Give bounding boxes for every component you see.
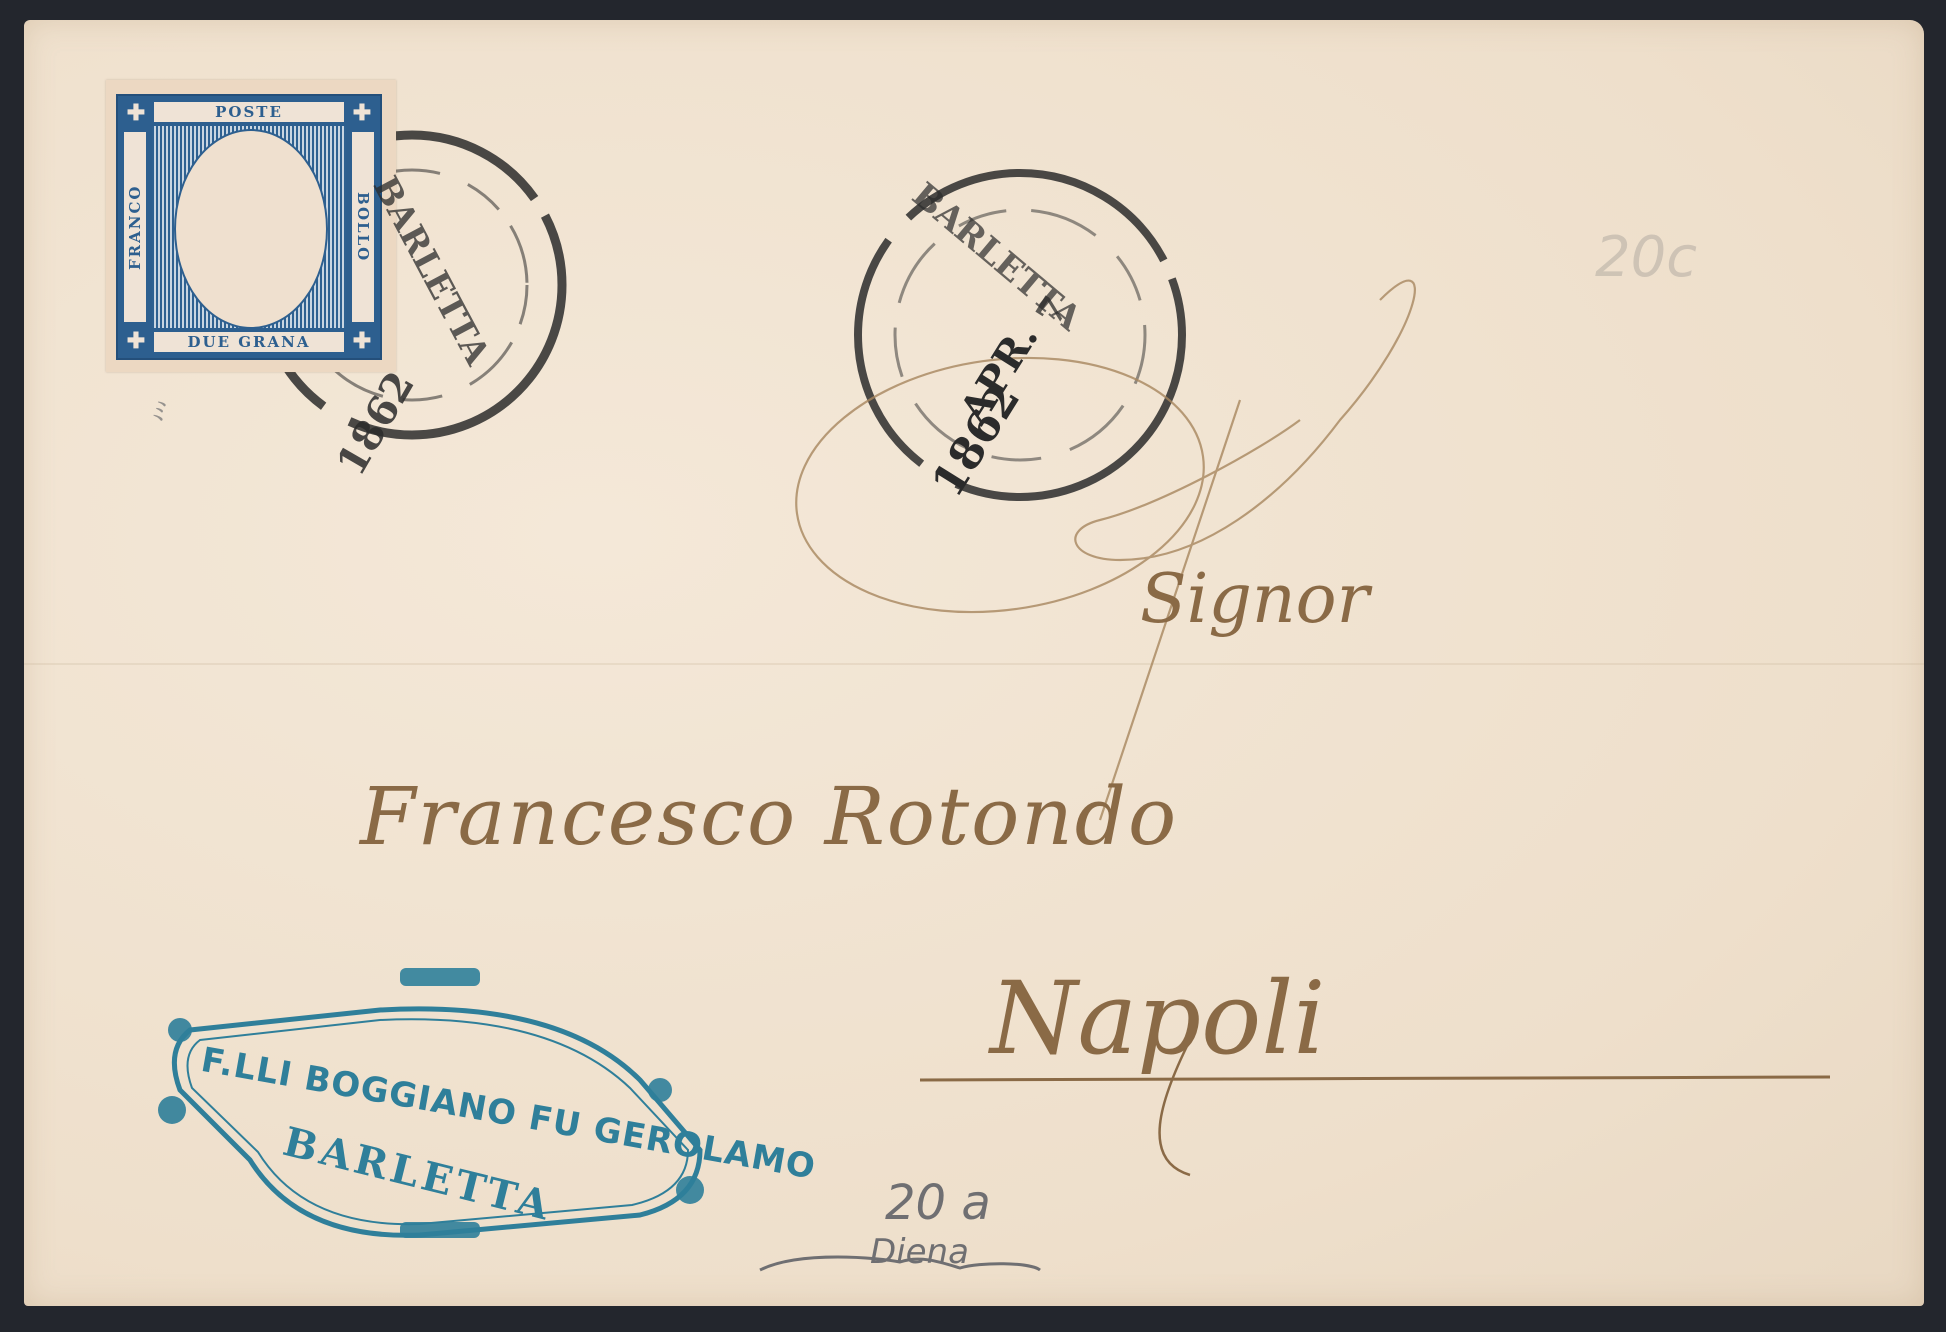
cross-icon: ✚	[350, 329, 374, 353]
address-name: Francesco Rotondo	[360, 770, 1178, 863]
stamp-label-bottom: DUE GRANA	[154, 332, 344, 352]
napoli-underline	[920, 1077, 1830, 1080]
stamp-label-top: POSTE	[154, 102, 344, 122]
pencil-mark-under-stamp: ﾐ	[150, 390, 164, 430]
stamp-label-left: FRANCO	[124, 132, 146, 322]
address-flourish	[780, 281, 1415, 820]
address-salutation: Signor	[1140, 560, 1369, 639]
cross-icon: ✚	[124, 329, 148, 353]
stamp-label-right: BOLLO	[352, 132, 374, 322]
pencil-signature: Diena	[870, 1232, 969, 1272]
address-city: Napoli	[990, 960, 1325, 1077]
postage-stamp: POSTE DUE GRANA FRANCO BOLLO ✚ ✚ ✚ ✚	[106, 80, 396, 372]
pencil-note-right: 20c	[1595, 225, 1697, 290]
stamp-frame: POSTE DUE GRANA FRANCO BOLLO ✚ ✚ ✚ ✚	[116, 94, 382, 360]
cross-icon: ✚	[350, 101, 374, 125]
cross-icon: ✚	[124, 101, 148, 125]
pencil-note-value: 20 a	[885, 1175, 991, 1231]
stamp-portrait-oval	[174, 129, 328, 329]
